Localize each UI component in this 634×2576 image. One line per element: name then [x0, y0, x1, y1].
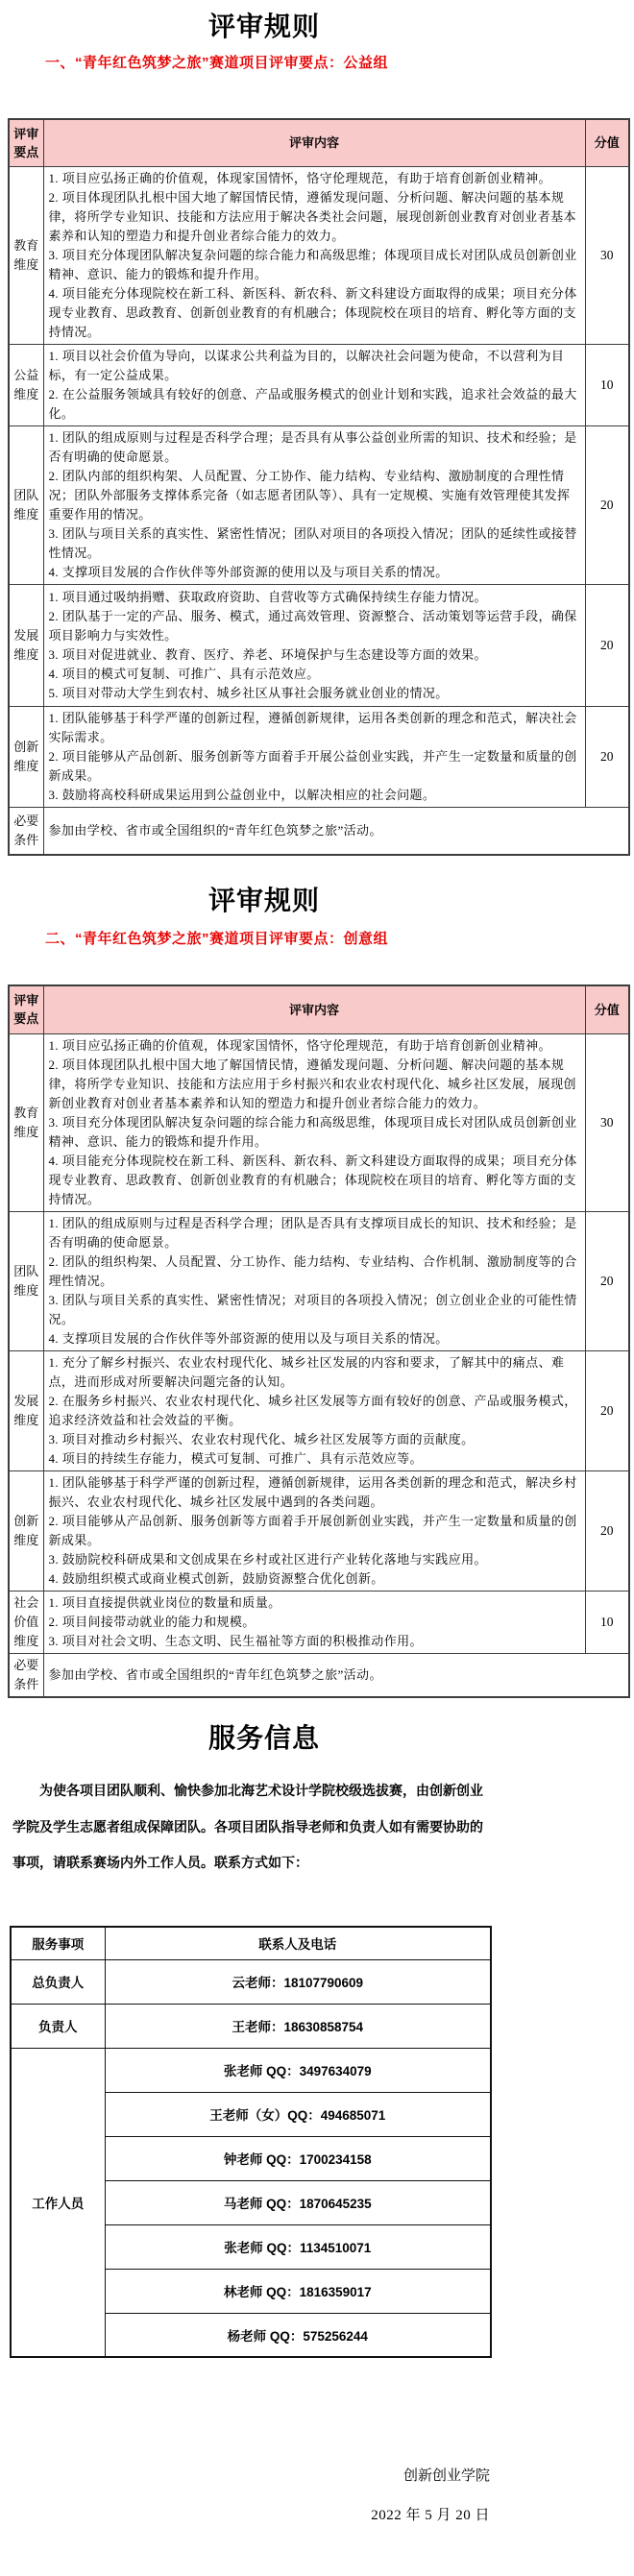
criteria-item: 3. 项目充分体现团队解决复杂问题的综合能力和高级思维，体现项目成长对团队成员创… — [49, 1113, 580, 1152]
contact-role-cell: 工作人员 — [11, 2048, 105, 2357]
criteria-item: 1. 团队能够基于科学严谨的创新过程，遵循创新规律，运用各类创新的理念和范式，解… — [49, 1473, 580, 1512]
criteria-item: 1. 项目应弘扬正确的价值观，体现家国情怀，恪守伦理规范，有助于培育创新创业精神… — [49, 169, 580, 188]
criteria-item: 3. 项目对推动乡村振兴、农业农村现代化、城乡社区发展等方面的贡献度。 — [49, 1430, 580, 1449]
criteria-item: 3. 项目充分体现团队解决复杂问题的综合能力和高级思维；体现项目成长对团队成员创… — [49, 246, 580, 284]
criteria-item: 2. 在服务乡村振兴、农业农村现代化、城乡社区发展等方面有较好的创意、产品或服务… — [49, 1392, 580, 1430]
contact-role-cell: 总负责人 — [11, 1959, 105, 2004]
column-header: 评审要点 — [9, 985, 43, 1033]
criteria-label-cell: 公益维度 — [9, 344, 43, 425]
contact-column-header: 联系人及电话 — [105, 1927, 491, 1959]
contact-value-cell: 钟老师 QQ：1700234158 — [105, 2136, 491, 2180]
criteria-item: 2. 项目体现团队扎根中国大地了解国情民情，遵循发现问题、分析问题、解决问题的基… — [49, 188, 580, 246]
criteria-item: 3. 鼓励院校科研成果和文创成果在乡村或社区进行产业转化落地与实践应用。 — [49, 1550, 580, 1569]
criteria-row: 必要条件参加由学校、省市或全国组织的“青年红色筑梦之旅”活动。 — [9, 807, 629, 855]
criteria-content-cell: 1. 项目应弘扬正确的价值观，体现家国情怀，恪守伦理规范，有助于培育创新创业精神… — [43, 1033, 585, 1211]
criteria-label-cell: 创新维度 — [9, 706, 43, 807]
criteria-content-cell: 1. 团队的组成原则与过程是否科学合理；是否具有从事公益创业所需的知识、技术和经… — [43, 425, 585, 584]
score-cell: 10 — [585, 344, 629, 425]
contact-row: 总负责人云老师：18107790609 — [11, 1959, 491, 2004]
criteria-label-cell: 教育维度 — [9, 166, 43, 344]
criteria-content-cell: 1. 团队能够基于科学严谨的创新过程，遵循创新规律，运用各类创新的理念和范式，解… — [43, 1470, 585, 1591]
service-info-title: 服务信息 — [0, 1717, 528, 1756]
criteria-content-cell: 1. 团队能够基于科学严谨的创新过程，遵循创新规律，运用各类创新的理念和范式，解… — [43, 706, 585, 807]
score-cell: 10 — [585, 1591, 629, 1653]
criteria-row: 社会价值维度1. 项目直接提供就业岗位的数量和质量。2. 项目间接带动就业的能力… — [9, 1591, 629, 1653]
contact-value-cell: 王老师：18630858754 — [105, 2004, 491, 2048]
criteria-item: 4. 支撑项目发展的合作伙伴等外部资源的使用以及与项目关系的情况。 — [49, 1329, 580, 1349]
criteria-item: 1. 项目应弘扬正确的价值观，体现家国情怀，恪守伦理规范，有助于培育创新创业精神… — [49, 1036, 580, 1056]
criteria-row: 公益维度1. 项目以社会价值为导向，以谋求公共利益为目的，以解决社会问题为使命，… — [9, 344, 629, 425]
page2-section-heading: 二、“青年红色筑梦之旅”赛道项目评审要点：创意组 — [45, 928, 388, 948]
criteria-label-cell: 必要条件 — [9, 807, 43, 855]
contact-value-cell: 云老师：18107790609 — [105, 1959, 491, 2004]
criteria-row: 教育维度1. 项目应弘扬正确的价值观，体现家国情怀，恪守伦理规范，有助于培育创新… — [9, 166, 629, 344]
score-cell: 30 — [585, 1033, 629, 1211]
score-cell: 20 — [585, 706, 629, 807]
criteria-label-cell: 必要条件 — [9, 1653, 43, 1697]
criteria-item: 3. 项目对促进就业、教育、医疗、养老、环境保护与生态建设等方面的效果。 — [49, 645, 580, 665]
criteria-label-cell: 创新维度 — [9, 1470, 43, 1591]
column-header: 评审要点 — [9, 119, 43, 166]
document-page: 评审规则 一、“青年红色筑梦之旅”赛道项目评审要点：公益组 评审要点评审内容分值… — [0, 0, 634, 2576]
criteria-content-cell: 参加由学校、省市或全国组织的“青年红色筑梦之旅”活动。 — [43, 807, 629, 855]
contact-row: 工作人员张老师 QQ：3497634079 — [11, 2048, 491, 2092]
criteria-row: 团队维度1. 团队的组成原则与过程是否科学合理；团队是否具有支撑项目成长的知识、… — [9, 1211, 629, 1350]
rules-table-page2: 评审要点评审内容分值教育维度1. 项目应弘扬正确的价值观，体现家国情怀，恪守伦理… — [8, 984, 630, 1698]
criteria-item: 2. 项目间接带动就业的能力和规模。 — [49, 1613, 580, 1632]
criteria-item: 4. 项目的持续生存能力，模式可复制、可推广、具有示范效应等。 — [49, 1449, 580, 1469]
criteria-content-cell: 1. 充分了解乡村振兴、农业农村现代化、城乡社区发展的内容和要求，了解其中的痛点… — [43, 1350, 585, 1470]
criteria-label-cell: 团队维度 — [9, 425, 43, 584]
criteria-label-cell: 发展维度 — [9, 584, 43, 706]
criteria-item: 4. 项目能充分体现院校在新工科、新医科、新农科、新文科建设方面取得的成果；项目… — [49, 1152, 580, 1209]
criteria-item: 4. 项目能充分体现院校在新工科、新医科、新农科、新文科建设方面取得的成果；项目… — [49, 284, 580, 342]
criteria-label-cell: 团队维度 — [9, 1211, 43, 1350]
criteria-label-cell: 发展维度 — [9, 1350, 43, 1470]
score-cell: 30 — [585, 166, 629, 344]
criteria-content-cell: 1. 项目应弘扬正确的价值观，体现家国情怀，恪守伦理规范，有助于培育创新创业精神… — [43, 166, 585, 344]
criteria-item: 参加由学校、省市或全国组织的“青年红色筑梦之旅”活动。 — [49, 1665, 624, 1685]
page2-title: 评审规则 — [0, 880, 528, 918]
contact-value-cell: 杨老师 QQ：575256244 — [105, 2313, 491, 2357]
column-header: 分值 — [585, 985, 629, 1033]
contact-column-header: 服务事项 — [11, 1927, 105, 1959]
criteria-row: 教育维度1. 项目应弘扬正确的价值观，体现家国情怀，恪守伦理规范，有助于培育创新… — [9, 1033, 629, 1211]
criteria-row: 团队维度1. 团队的组成原则与过程是否科学合理；是否具有从事公益创业所需的知识、… — [9, 425, 629, 584]
column-header: 评审内容 — [43, 985, 585, 1033]
criteria-item: 3. 项目对社会文明、生态文明、民生福祉等方面的积极推动作用。 — [49, 1632, 580, 1651]
criteria-item: 2. 团队基于一定的产品、服务、模式，通过高效管理、资源整合、活动策划等运营手段… — [49, 607, 580, 645]
criteria-item: 2. 团队内部的组织构架、人员配置、分工协作、能力结构、专业结构、激励制度的合理… — [49, 467, 580, 524]
contact-table: 服务事项联系人及电话总负责人云老师：18107790609负责人王老师：1863… — [10, 1926, 492, 2358]
criteria-item: 3. 鼓励将高校科研成果运用到公益创业中，以解决相应的社会问题。 — [49, 786, 580, 805]
criteria-item: 1. 项目通过吸纳捐赠、获取政府资助、自营收等方式确保持续生存能力情况。 — [49, 588, 580, 607]
criteria-content-cell: 1. 项目以社会价值为导向，以谋求公共利益为目的，以解决社会问题为使命，不以营利… — [43, 344, 585, 425]
contact-value-cell: 林老师 QQ：1816359017 — [105, 2269, 491, 2313]
contact-value-cell: 马老师 QQ：1870645235 — [105, 2180, 491, 2224]
criteria-content-cell: 1. 项目直接提供就业岗位的数量和质量。2. 项目间接带动就业的能力和规模。3.… — [43, 1591, 585, 1653]
criteria-item: 4. 支撑项目发展的合作伙伴等外部资源的使用以及与项目关系的情况。 — [49, 563, 580, 582]
criteria-item: 1. 项目以社会价值为导向，以谋求公共利益为目的，以解决社会问题为使命，不以营利… — [49, 347, 580, 385]
criteria-item: 4. 项目的模式可复制、可推广、具有示范效应。 — [49, 665, 580, 684]
criteria-item: 1. 团队能够基于科学严谨的创新过程，遵循创新规律，运用各类创新的理念和范式，解… — [49, 709, 580, 747]
contact-role-cell: 负责人 — [11, 2004, 105, 2048]
document-footer: 创新创业学院 2022 年 5 月 20 日 — [12, 2465, 490, 2524]
criteria-content-cell: 1. 团队的组成原则与过程是否科学合理；团队是否具有支撑项目成长的知识、技术和经… — [43, 1211, 585, 1350]
document-date: 2022 年 5 月 20 日 — [12, 2504, 490, 2524]
score-cell: 20 — [585, 1211, 629, 1350]
criteria-row: 发展维度1. 充分了解乡村振兴、农业农村现代化、城乡社区发展的内容和要求，了解其… — [9, 1350, 629, 1470]
criteria-item: 1. 充分了解乡村振兴、农业农村现代化、城乡社区发展的内容和要求，了解其中的痛点… — [49, 1353, 580, 1392]
criteria-item: 5. 项目对带动大学生到农村、城乡社区从事社会服务就业创业的情况。 — [49, 684, 580, 703]
criteria-item: 2. 项目能够从产品创新、服务创新等方面着手开展创新创业实践，并产生一定数量和质… — [49, 1512, 580, 1550]
score-cell: 20 — [585, 1350, 629, 1470]
criteria-row: 必要条件参加由学校、省市或全国组织的“青年红色筑梦之旅”活动。 — [9, 1653, 629, 1697]
criteria-row: 发展维度1. 项目通过吸纳捐赠、获取政府资助、自营收等方式确保持续生存能力情况。… — [9, 584, 629, 706]
criteria-row: 创新维度1. 团队能够基于科学严谨的创新过程，遵循创新规律，运用各类创新的理念和… — [9, 706, 629, 807]
score-cell: 20 — [585, 425, 629, 584]
page1-section-heading: 一、“青年红色筑梦之旅”赛道项目评审要点：公益组 — [45, 52, 388, 72]
page1-title: 评审规则 — [0, 6, 528, 44]
rules-table-page1: 评审要点评审内容分值教育维度1. 项目应弘扬正确的价值观，体现家国情怀，恪守伦理… — [8, 118, 630, 856]
contact-header-row: 服务事项联系人及电话 — [11, 1927, 491, 1959]
criteria-item: 1. 团队的组成原则与过程是否科学合理；是否具有从事公益创业所需的知识、技术和经… — [49, 428, 580, 467]
criteria-item: 参加由学校、省市或全国组织的“青年红色筑梦之旅”活动。 — [49, 821, 624, 840]
criteria-item: 1. 项目直接提供就业岗位的数量和质量。 — [49, 1593, 580, 1613]
rules-header-row: 评审要点评审内容分值 — [9, 985, 629, 1033]
criteria-item: 1. 团队的组成原则与过程是否科学合理；团队是否具有支撑项目成长的知识、技术和经… — [49, 1214, 580, 1252]
contact-row: 负责人王老师：18630858754 — [11, 2004, 491, 2048]
criteria-item: 3. 团队与项目关系的真实性、紧密性情况；团队对项目的各项投入情况；团队的延续性… — [49, 524, 580, 563]
contact-value-cell: 王老师（女）QQ：494685071 — [105, 2092, 491, 2136]
criteria-item: 3. 团队与项目关系的真实性、紧密性情况；对项目的各项投入情况；创立创业企业的可… — [49, 1291, 580, 1329]
score-cell: 20 — [585, 1470, 629, 1591]
criteria-item: 2. 项目体现团队扎根中国大地了解国情民情，遵循发现问题、分析问题、解决问题的基… — [49, 1056, 580, 1113]
criteria-item: 2. 项目能够从产品创新、服务创新等方面着手开展公益创业实践，并产生一定数量和质… — [49, 747, 580, 786]
service-info-paragraph: 为使各项目团队顺利、愉快参加北海艺术设计学院校级选拔赛，由创新创业学院及学生志愿… — [12, 1773, 496, 1882]
column-header: 评审内容 — [43, 119, 585, 166]
criteria-content-cell: 1. 项目通过吸纳捐赠、获取政府资助、自营收等方式确保持续生存能力情况。2. 团… — [43, 584, 585, 706]
column-header: 分值 — [585, 119, 629, 166]
criteria-content-cell: 参加由学校、省市或全国组织的“青年红色筑梦之旅”活动。 — [43, 1653, 629, 1697]
criteria-item: 2. 团队的组织构架、人员配置、分工协作、能力结构、专业结构、合作机制、激励制度… — [49, 1252, 580, 1291]
criteria-item: 2. 在公益服务领域具有较好的创意、产品或服务模式的创业计划和实践，追求社会效益… — [49, 385, 580, 424]
criteria-label-cell: 教育维度 — [9, 1033, 43, 1211]
criteria-label-cell: 社会价值维度 — [9, 1591, 43, 1653]
score-cell: 20 — [585, 584, 629, 706]
signing-organization: 创新创业学院 — [12, 2465, 490, 2485]
rules-header-row: 评审要点评审内容分值 — [9, 119, 629, 166]
criteria-row: 创新维度1. 团队能够基于科学严谨的创新过程，遵循创新规律，运用各类创新的理念和… — [9, 1470, 629, 1591]
criteria-item: 4. 鼓励组织模式或商业模式创新，鼓励资源整合优化创新。 — [49, 1569, 580, 1589]
contact-value-cell: 张老师 QQ：3497634079 — [105, 2048, 491, 2092]
contact-value-cell: 张老师 QQ：1134510071 — [105, 2224, 491, 2269]
